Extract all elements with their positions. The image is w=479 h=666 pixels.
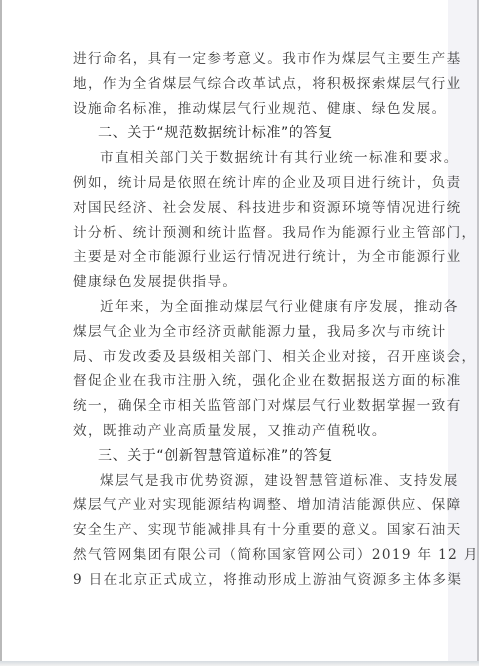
text-line: 安全生产、实现节能减排具有十分重要的意义。国家石油天 (73, 518, 405, 543)
text-line: 煤层气是我市优势资源，建设智慧管道标准、支持发展 (73, 469, 405, 494)
text-line: 统一，确保全市相关监管部门对煤层气行业数据掌握一致有 (73, 394, 405, 419)
text-line: 效，既推动产业高质量发展，又推动产值税收。 (73, 419, 405, 444)
text-line: 健康绿色发展提供指导。 (73, 270, 405, 295)
text-line: 例如，统计局是依照在统计库的企业及项目进行统计，负责 (73, 171, 405, 196)
text-line: 地，作为全省煤层气综合改革试点，将积极探索煤层气行业 (73, 72, 405, 97)
paragraph-recent-actions: 近年来，为全面推动煤层气行业健康有序发展，推动各 煤层气企业为全市经济贡献能源力… (73, 295, 405, 444)
text-line: 主要是对全市能源行业运行情况进行统计，为全市能源行业 (73, 245, 405, 270)
text-line: 局、市发改委及县级相关部门、相关企业对接，召开座谈会， (73, 345, 405, 370)
text-line: 督促企业在我市注册入统，强化企业在数据报送方面的标准 (73, 369, 405, 394)
section-heading-data-statistics: 二、关于“规范数据统计标准”的答复 (73, 121, 405, 146)
page-edge-bottom (0, 661, 479, 666)
text-line: 市直相关部门关于数据统计有其行业统一标准和要求。 (73, 146, 405, 171)
document-body: 进行命名，具有一定参考意义。我市作为煤层气主要生产基 地，作为全省煤层气综合改革… (73, 47, 405, 593)
text-line: 进行命名，具有一定参考意义。我市作为煤层气主要生产基 (73, 47, 405, 72)
paragraph-statistics-standards: 市直相关部门关于数据统计有其行业统一标准和要求。 例如，统计局是依照在统计库的企… (73, 146, 405, 295)
paragraph-smart-pipeline: 煤层气是我市优势资源，建设智慧管道标准、支持发展 煤层气产业对实现能源结构调整、… (73, 469, 405, 593)
paragraph-naming-standards: 进行命名，具有一定参考意义。我市作为煤层气主要生产基 地，作为全省煤层气综合改革… (73, 47, 405, 121)
text-line: 9 日在北京正式成立，将推动形成上游油气资源多主体多渠 (73, 568, 405, 593)
section-heading-smart-pipeline: 三、关于“创新智慧管道标准”的答复 (73, 444, 405, 469)
text-line: 然气管网集团有限公司（简称国家管网公司）2019 年 12 月 (73, 543, 405, 568)
text-line: 煤层气企业为全市经济贡献能源力量，我局多次与市统计 (73, 320, 405, 345)
text-line: 近年来，为全面推动煤层气行业健康有序发展，推动各 (73, 295, 405, 320)
text-line: 计分析、统计预测和统计监督。我局作为能源行业主管部门， (73, 221, 405, 246)
text-line: 设施命名标准，推动煤层气行业规范、健康、绿色发展。 (73, 97, 405, 122)
text-line: 对国民经济、社会发展、科技进步和资源环境等情况进行统 (73, 196, 405, 221)
text-line: 煤层气产业对实现能源结构调整、增加清洁能源供应、保障 (73, 493, 405, 518)
